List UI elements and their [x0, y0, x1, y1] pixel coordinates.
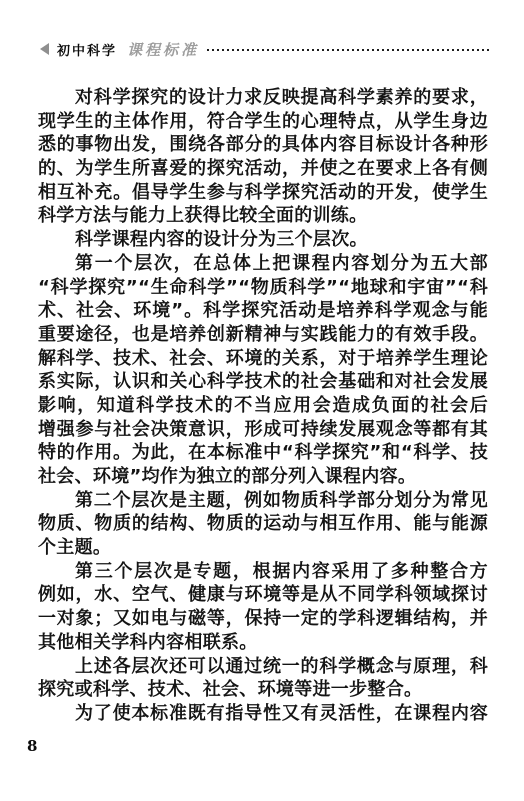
text-line: 探究或科学、技术、社会、环境等进一步整合。	[38, 678, 488, 702]
text-line: 第二个层次是主题，例如物质科学部分划分为常见的	[38, 489, 488, 513]
text-line: 对科学探究的设计力求反映提高科学素养的要求，体	[38, 86, 488, 110]
text-line: 第三个层次是专题，根据内容采用了多种整合方式。	[38, 560, 488, 584]
text-line: 科学方法与能力上获得比较全面的训练。	[38, 204, 488, 228]
page-number: 8	[27, 737, 37, 755]
text-line: 特的作用。为此，在本标准中“科学探究”和“科学、技术、	[38, 441, 488, 465]
text-line: “科学探究”“生命科学”“物质科学”“地球和宇宙”“科学、技	[38, 276, 488, 300]
header-subtitle: 课程标准	[127, 39, 199, 60]
text-line: 解科学、技术、社会、环境的关系，对于培养学生理论联	[38, 347, 488, 371]
text-line: 例如，水、空气、健康与环境等是从不同学科领域探讨同	[38, 583, 488, 607]
text-line: 的、为学生所喜爱的探究活动，并使之在要求上各有侧重、	[38, 157, 488, 181]
text-line: 个主题。	[38, 536, 488, 560]
text-line: 相互补充。倡导学生参与科学探究活动的开发，使学生在	[38, 181, 488, 205]
dotted-rule	[207, 49, 490, 51]
text-line: 术、社会、环境”。科学探究活动是培养科学观念与能力的	[38, 299, 488, 323]
book-page: 初中科学 课程标准 对科学探究的设计力求反映提高科学素养的要求，体现学生的主体作…	[0, 0, 524, 801]
text-line: 上述各层次还可以通过统一的科学概念与原理，科学	[38, 655, 488, 679]
text-line: 现学生的主体作用，符合学生的心理特点，从学生身边熟	[38, 110, 488, 134]
series-title: 初中科学	[57, 40, 117, 59]
text-line: 为了使本标准既有指导性又有灵活性，在课程内容中	[38, 702, 488, 726]
text-line: 系实际，认识和关心科学技术的社会基础和对社会发展的	[38, 370, 488, 394]
body-text: 对科学探究的设计力求反映提高科学素养的要求，体现学生的主体作用，符合学生的心理特…	[38, 86, 488, 726]
text-line: 一对象；又如电与磁等，保持一定的学科逻辑结构，并与	[38, 607, 488, 631]
text-line: 第一个层次，在总体上把课程内容划分为五大部分：	[38, 252, 488, 276]
text-line: 增强参与社会决策意识，形成可持续发展观念等都有其独	[38, 418, 488, 442]
text-line: 重要途径，也是培养创新精神与实践能力的有效手段。理	[38, 323, 488, 347]
text-line: 物质、物质的结构、物质的运动与相互作用、能与能源四	[38, 512, 488, 536]
text-line: 悉的事物出发，围绕各部分的具体内容目标设计各种形式	[38, 133, 488, 157]
text-line: 其他相关学科内容相联系。	[38, 631, 488, 655]
text-line: 社会、环境”均作为独立的部分列入课程内容。	[38, 465, 488, 489]
text-line: 科学课程内容的设计分为三个层次。	[38, 228, 488, 252]
text-line: 影响，知道科学技术的不当应用会造成负面的社会后果，	[38, 394, 488, 418]
left-triangle-icon	[40, 43, 49, 55]
page-header: 初中科学 课程标准	[40, 40, 490, 58]
